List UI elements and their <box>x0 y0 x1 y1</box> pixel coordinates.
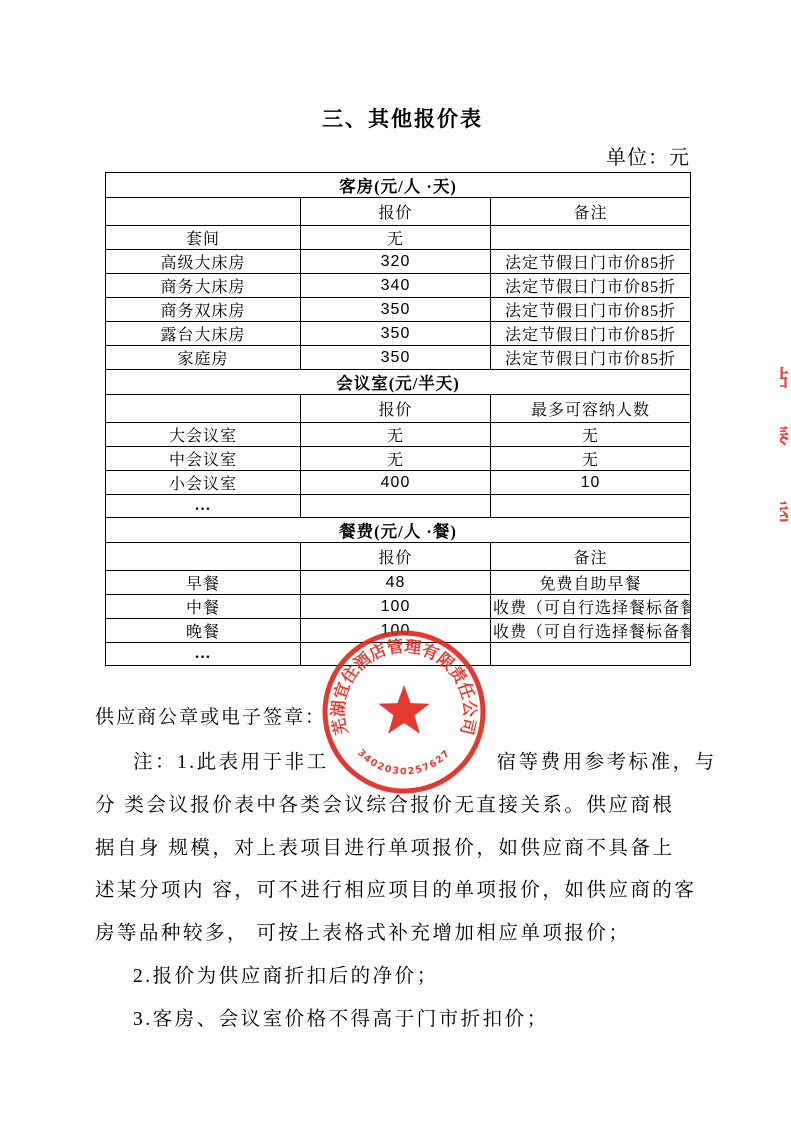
edge-stamp-fragment: 站 <box>780 366 791 394</box>
column-header-cell: 最多可容纳人数 <box>491 395 691 423</box>
edge-stamp-fragment-glyph: 站 <box>780 366 789 392</box>
quotation-table-body: 客房(元/人 ·天)报价备注套间无高级大床房320法定节假日门市价85折商务大床… <box>106 173 691 666</box>
table-cell: 免费自助早餐 <box>491 571 691 595</box>
table-cell: 商务双床房 <box>106 298 301 322</box>
table-cell: 早餐 <box>106 571 301 595</box>
edge-stamp-fragment: 泰 <box>780 424 791 452</box>
column-header-cell: 报价 <box>301 395 491 423</box>
edge-stamp-fragment: 运 <box>780 500 791 528</box>
table-row: 小会议室40010 <box>106 471 691 495</box>
table-cell: … <box>106 495 301 518</box>
column-header-row: 报价最多可容纳人数 <box>106 395 691 423</box>
table-cell: 中餐 <box>106 595 301 619</box>
section-header-row: 餐费(元/人 ·餐) <box>106 518 691 543</box>
quotation-table: 客房(元/人 ·天)报价备注套间无高级大床房320法定节假日门市价85折商务大床… <box>105 172 691 666</box>
table-row: 露台大床房350法定节假日门市价85折 <box>106 322 691 346</box>
note-line-7: 3.客房、会议室价格不得高于门市折扣价； <box>95 999 747 1042</box>
star-icon <box>378 685 429 734</box>
table-cell: 340 <box>301 274 491 298</box>
stamp-number: 3402030257627 <box>355 748 453 778</box>
table-cell: 法定节假日门市价85折 <box>491 346 691 370</box>
table-cell: … <box>106 643 301 666</box>
column-header-cell <box>106 543 301 571</box>
column-header-cell: 备注 <box>491 543 691 571</box>
table-cell: 家庭房 <box>106 346 301 370</box>
table-cell: 晚餐 <box>106 619 301 643</box>
table-cell: 法定节假日门市价85折 <box>491 322 691 346</box>
svg-text:3402030257627: 3402030257627 <box>355 748 453 778</box>
table-cell: 320 <box>301 250 491 274</box>
table-cell: 小会议室 <box>106 471 301 495</box>
table-cell: 无 <box>491 423 691 447</box>
note-line-3: 据自身 规模，对上表项目进行单项报价，如供应商不具备上 <box>95 828 747 871</box>
table-cell: 收费（可自行选择餐标备餐） <box>491 595 691 619</box>
edge-stamp-fragment-glyph: 泰 <box>780 424 789 450</box>
table-cell: 法定节假日门市价85折 <box>491 274 691 298</box>
edge-stamp-fragment-glyph: 运 <box>780 500 789 526</box>
table-cell: 350 <box>301 298 491 322</box>
table-row: 商务双床房350法定节假日门市价85折 <box>106 298 691 322</box>
table-cell: 法定节假日门市价85折 <box>491 298 691 322</box>
table-cell: 无 <box>301 423 491 447</box>
section-header-cell: 客房(元/人 ·天) <box>106 173 691 198</box>
table-row: 中餐100收费（可自行选择餐标备餐） <box>106 595 691 619</box>
table-cell: 中会议室 <box>106 447 301 471</box>
table-cell <box>301 495 491 518</box>
company-stamp: 芜湖宜住酒店管理有限责任公司 3402030257627 <box>320 628 488 796</box>
note-line-5: 房等品种较多， 可按上表格式补充增加相应单项报价； <box>95 913 747 956</box>
table-row: … <box>106 495 691 518</box>
signature-label: 供应商公章或电子签章： <box>95 702 326 729</box>
note-line-4: 述某分项内 容，可不进行相应项目的单项报价，如供应商的客 <box>95 870 747 913</box>
column-header-row: 报价备注 <box>106 543 691 571</box>
column-header-cell: 备注 <box>491 198 691 226</box>
table-row: 商务大床房340法定节假日门市价85折 <box>106 274 691 298</box>
table-cell: 48 <box>301 571 491 595</box>
table-cell <box>491 643 691 666</box>
table-cell: 10 <box>491 471 691 495</box>
document-page: 三、其他报价表 单位：元 客房(元/人 ·天)报价备注套间无高级大床房320法定… <box>0 0 791 1121</box>
table-cell: 套间 <box>106 226 301 250</box>
column-header-cell <box>106 198 301 226</box>
table-cell <box>491 495 691 518</box>
column-header-row: 报价备注 <box>106 198 691 226</box>
note-line-1-left: 注：1.此表用于非工 <box>133 752 329 773</box>
table-cell: 100 <box>301 595 491 619</box>
note-line-6: 2.报价为供应商折扣后的净价； <box>95 956 747 999</box>
section-header-row: 客房(元/人 ·天) <box>106 173 691 198</box>
table-cell: 露台大床房 <box>106 322 301 346</box>
unit-label: 单位：元 <box>606 141 690 170</box>
table-cell: 高级大床房 <box>106 250 301 274</box>
table-cell: 商务大床房 <box>106 274 301 298</box>
note-line-1-right: 宿等费用参考标准，与 <box>497 752 717 773</box>
column-header-cell: 报价 <box>301 543 491 571</box>
table-row: 大会议室无无 <box>106 423 691 447</box>
section-header-cell: 会议室(元/半天) <box>106 370 691 395</box>
table-row: 套间无 <box>106 226 691 250</box>
table-cell: 350 <box>301 322 491 346</box>
column-header-cell <box>106 395 301 423</box>
table-cell: 无 <box>301 226 491 250</box>
table-row: 高级大床房320法定节假日门市价85折 <box>106 250 691 274</box>
table-cell: 收费（可自行选择餐标备餐） <box>491 619 691 643</box>
table-row: 家庭房350法定节假日门市价85折 <box>106 346 691 370</box>
table-row: 中会议室无无 <box>106 447 691 471</box>
section-header-cell: 餐费(元/人 ·餐) <box>106 518 691 543</box>
table-cell: 400 <box>301 471 491 495</box>
table-cell <box>491 226 691 250</box>
table-row: 早餐48免费自助早餐 <box>106 571 691 595</box>
column-header-cell: 报价 <box>301 198 491 226</box>
table-cell: 法定节假日门市价85折 <box>491 250 691 274</box>
page-title: 三、其他报价表 <box>0 103 791 133</box>
table-cell: 350 <box>301 346 491 370</box>
table-cell: 无 <box>301 447 491 471</box>
table-cell: 大会议室 <box>106 423 301 447</box>
section-header-row: 会议室(元/半天) <box>106 370 691 395</box>
table-cell: 无 <box>491 447 691 471</box>
